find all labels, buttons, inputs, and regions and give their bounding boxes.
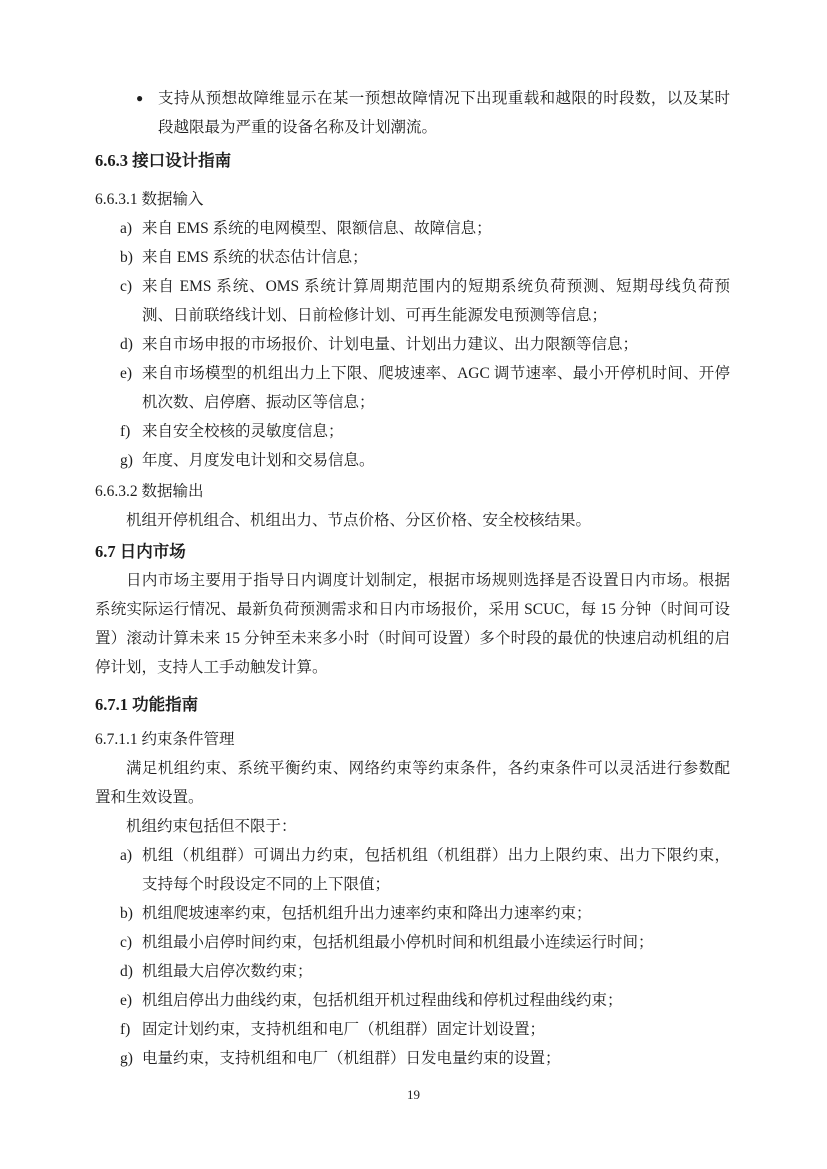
list-item-text: 来自安全校核的灵敏度信息； [142, 417, 730, 446]
list-item-text: 机组启停出力曲线约束，包括机组开机过程曲线和停机过程曲线约束； [142, 986, 730, 1015]
list-item: c) 来自 EMS 系统、OMS 系统计算周期范围内的短期系统负荷预测、短期母线… [120, 272, 730, 330]
heading-data-output: 6.6.3.2 数据输出 [95, 477, 730, 506]
list-item-text: 来自 EMS 系统的电网模型、限额信息、故障信息； [142, 214, 730, 243]
list-item-label: c) [120, 272, 142, 330]
list-item-text: 来自 EMS 系统的状态估计信息； [142, 243, 730, 272]
list-item-label: e) [120, 986, 142, 1015]
list-item: e) 来自市场模型的机组出力上下限、爬坡速率、AGC 调节速率、最小开停机时间、… [120, 359, 730, 417]
document-page: ● 支持从预想故障维显示在某一预想故障情况下出现重载和越限的时段数，以及某时段越… [0, 0, 827, 1169]
list-item: a) 来自 EMS 系统的电网模型、限额信息、故障信息； [120, 214, 730, 243]
heading-constraint-management: 6.7.1.1 约束条件管理 [95, 725, 730, 754]
list-item-text: 年度、月度发电计划和交易信息。 [142, 446, 730, 475]
heading-interface-design-guide: 6.6.3 接口设计指南 [95, 146, 730, 175]
list-item: g) 电量约束，支持机组和电厂（机组群）日发电量约束的设置； [120, 1044, 730, 1073]
list-item-label: b) [120, 243, 142, 272]
list-item: d) 来自市场申报的市场报价、计划电量、计划出力建议、出力限额等信息； [120, 330, 730, 359]
list-item-label: f) [120, 1015, 142, 1044]
list-item: f) 固定计划约束，支持机组和电厂（机组群）固定计划设置； [120, 1015, 730, 1044]
list-item-text: 电量约束，支持机组和电厂（机组群）日发电量约束的设置； [142, 1044, 730, 1073]
list-item-label: d) [120, 330, 142, 359]
list-item-text: 机组爬坡速率约束，包括机组升出力速率约束和降出力速率约束； [142, 899, 730, 928]
data-input-list: a) 来自 EMS 系统的电网模型、限额信息、故障信息； b) 来自 EMS 系… [95, 214, 730, 475]
list-item-label: a) [120, 841, 142, 899]
constraint-intro: 机组约束包括但不限于： [95, 812, 730, 841]
data-output-paragraph: 机组开停机组合、机组出力、节点价格、分区价格、安全校核结果。 [95, 506, 730, 535]
bullet-icon: ● [136, 84, 158, 142]
page-number: 19 [0, 1086, 827, 1104]
list-item: b) 来自 EMS 系统的状态估计信息； [120, 243, 730, 272]
list-item: d) 机组最大启停次数约束； [120, 957, 730, 986]
heading-function-guide: 6.7.1 功能指南 [95, 690, 730, 719]
list-item: e) 机组启停出力曲线约束，包括机组开机过程曲线和停机过程曲线约束； [120, 986, 730, 1015]
list-item-label: f) [120, 417, 142, 446]
list-item-label: e) [120, 359, 142, 417]
list-item: f) 来自安全校核的灵敏度信息； [120, 417, 730, 446]
list-item-label: d) [120, 957, 142, 986]
list-item-label: a) [120, 214, 142, 243]
heading-data-input: 6.6.3.1 数据输入 [95, 185, 730, 214]
intraday-market-paragraph: 日内市场主要用于指导日内调度计划制定，根据市场规则选择是否设置日内市场。根据系统… [95, 566, 730, 682]
list-item-text: 固定计划约束，支持机组和电厂（机组群）固定计划设置； [142, 1015, 730, 1044]
constraint-paragraph: 满足机组约束、系统平衡约束、网络约束等约束条件，各约束条件可以灵活进行参数配置和… [95, 754, 730, 812]
list-item-text: 来自市场模型的机组出力上下限、爬坡速率、AGC 调节速率、最小开停机时间、开停机… [142, 359, 730, 417]
list-item-text: 来自市场申报的市场报价、计划电量、计划出力建议、出力限额等信息； [142, 330, 730, 359]
list-item-label: g) [120, 446, 142, 475]
list-item-text: 机组最小启停时间约束，包括机组最小停机时间和机组最小连续运行时间； [142, 928, 730, 957]
heading-intraday-market: 6.7 日内市场 [95, 537, 730, 566]
list-item-label: b) [120, 899, 142, 928]
constraint-list: a) 机组（机组群）可调出力约束，包括机组（机组群）出力上限约束、出力下限约束，… [95, 841, 730, 1073]
list-item-label: g) [120, 1044, 142, 1073]
list-item-text: 机组最大启停次数约束； [142, 957, 730, 986]
list-item: g) 年度、月度发电计划和交易信息。 [120, 446, 730, 475]
bullet-text: 支持从预想故障维显示在某一预想故障情况下出现重载和越限的时段数，以及某时段越限最… [158, 84, 730, 142]
list-item: b) 机组爬坡速率约束，包括机组升出力速率约束和降出力速率约束； [120, 899, 730, 928]
list-item-text: 来自 EMS 系统、OMS 系统计算周期范围内的短期系统负荷预测、短期母线负荷预… [142, 272, 730, 330]
list-item-text: 机组（机组群）可调出力约束，包括机组（机组群）出力上限约束、出力下限约束，支持每… [142, 841, 730, 899]
list-item-label: c) [120, 928, 142, 957]
bullet-list-item: ● 支持从预想故障维显示在某一预想故障情况下出现重载和越限的时段数，以及某时段越… [136, 84, 730, 142]
list-item: a) 机组（机组群）可调出力约束，包括机组（机组群）出力上限约束、出力下限约束，… [120, 841, 730, 899]
list-item: c) 机组最小启停时间约束，包括机组最小停机时间和机组最小连续运行时间； [120, 928, 730, 957]
